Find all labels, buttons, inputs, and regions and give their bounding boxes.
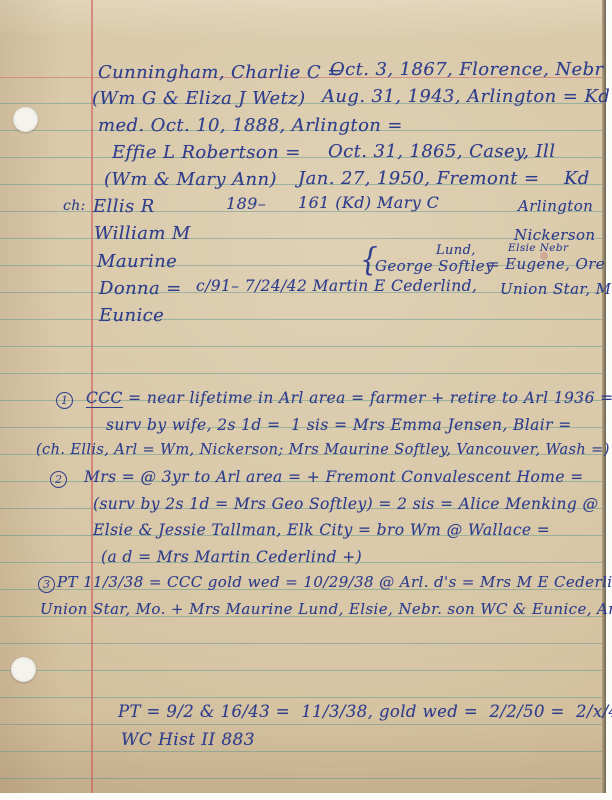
surname-line: Cunningham, Charlie C =	[98, 62, 343, 83]
spouse-name: Effie L Robertson =	[112, 142, 301, 163]
death-date: Aug. 31, 1943, Arlington = Kd	[322, 86, 610, 107]
underlined-text: CCC	[86, 389, 123, 408]
child-spouse: 161 (Kd) Mary C	[298, 193, 439, 212]
note-line: (surv by 2s 1d = Mrs Geo Softley) = 2 si…	[93, 495, 598, 513]
scanned-page: Cunningham, Charlie C = Oct. 3, 1867, Fl…	[0, 0, 612, 800]
parents: (Wm G & Eliza J Wetz)	[92, 88, 306, 109]
note-line: PT 11/3/38 = CCC gold wed = 10/29/38 @ A…	[57, 573, 612, 591]
child-residence: = Eugene, Ore	[487, 255, 605, 273]
birth-date: Oct. 3, 1867, Florence, Nebr	[330, 59, 604, 80]
source-dates-line: PT = 9/2 & 16/43 = 11/3/38, gold wed = 2…	[118, 702, 612, 721]
child-residence-alt: Elsie Nebr	[508, 242, 568, 254]
note-line: (ch. Ellis, Arl = Wm, Nickerson; Mrs Mau…	[36, 442, 610, 458]
note-line: Mrs = @ 3yr to Arl area = + Fremont Conv…	[84, 468, 584, 486]
marriage-date: med. Oct. 10, 1888, Arlington =	[98, 115, 403, 136]
child-name: William M	[94, 223, 191, 244]
note-number: 2	[50, 471, 67, 488]
spouse-birth-date: Oct. 31, 1865, Casey, Ill	[328, 141, 555, 162]
note-line: surv by wife, 2s 1d = 1 sis = Mrs Emma J…	[106, 416, 572, 434]
child-name: Donna =	[99, 278, 182, 299]
child-spouse: George Softley	[375, 257, 494, 275]
spouse-parents: (Wm & Mary Ann)	[104, 169, 277, 190]
child-residence: Union Star, Mo	[500, 280, 612, 298]
children-label: ch:	[63, 198, 86, 214]
child-spouse: c/91– 7/24/42 Martin E Cederlind,	[196, 277, 477, 295]
note-line: CCC = near lifetime in Arl area = farmer…	[86, 389, 612, 407]
note-line: Union Star, Mo. + Mrs Maurine Lund, Elsi…	[40, 600, 612, 618]
note-number: 3	[38, 576, 55, 593]
child-name: Eunice	[99, 305, 164, 326]
spouse-death-date: Jan. 27, 1950, Fremont = Kd	[298, 168, 590, 189]
note-number: 1	[56, 392, 73, 409]
note-line: Elsie & Jessie Tallman, Elk City = bro W…	[93, 521, 550, 539]
citation-line: WC Hist II 883	[121, 730, 255, 750]
child-year: 189–	[226, 194, 266, 213]
child-name: Maurine	[97, 251, 177, 272]
note-line: (a d = Mrs Martin Cederlind +)	[101, 548, 362, 566]
child-spouse-alt: Lund,	[436, 243, 476, 258]
note-text: = near lifetime in Arl area = farmer + r…	[123, 389, 612, 407]
hole-punch-bottom	[11, 657, 36, 682]
child-name: Ellis R	[93, 196, 155, 217]
hole-punch-top	[13, 107, 38, 132]
child-residence: Arlington	[518, 197, 593, 215]
